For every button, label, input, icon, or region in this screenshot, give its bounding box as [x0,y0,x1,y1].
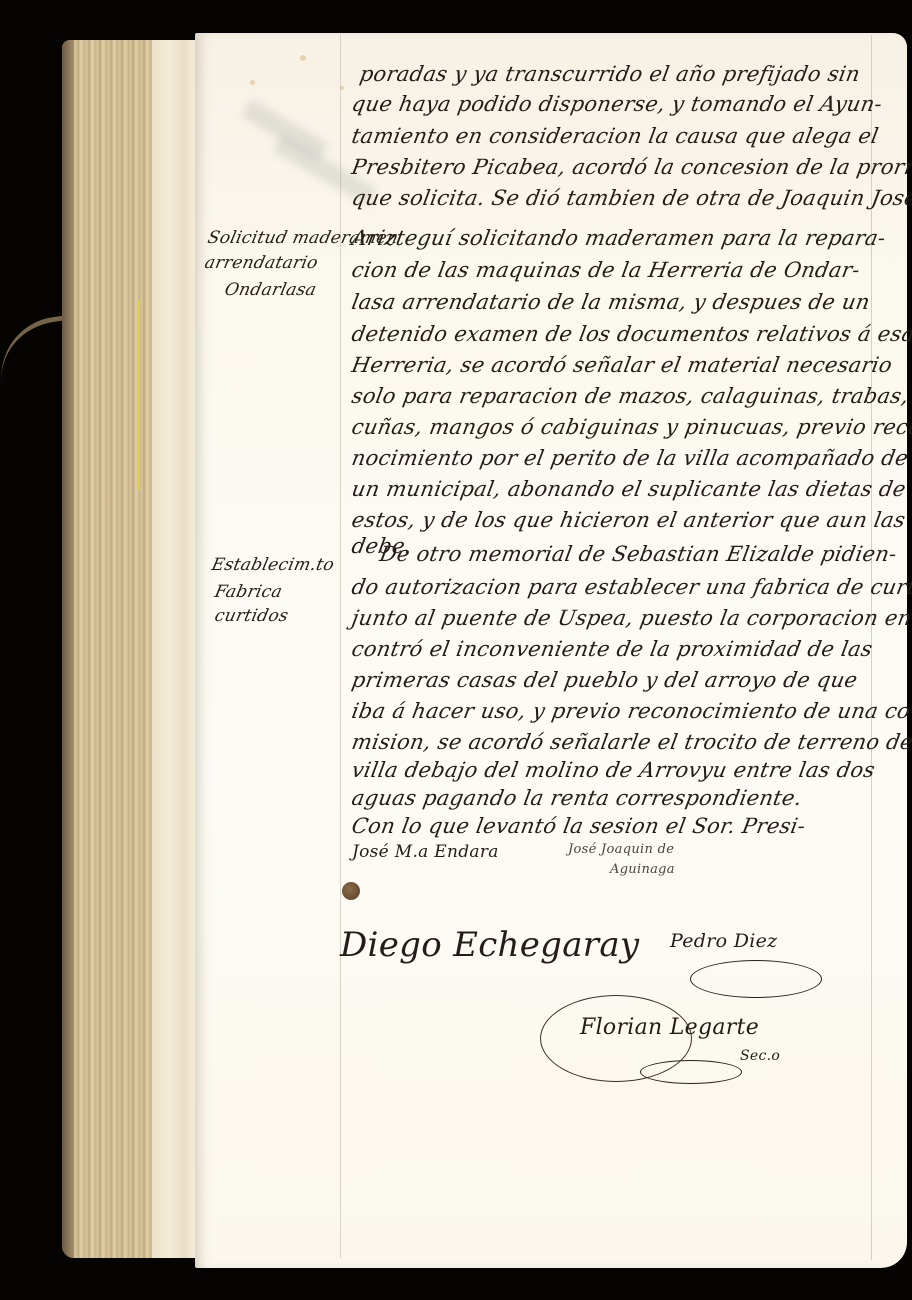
margin-rule-line [340,33,341,1258]
margin-note-2-line-3: curtidos [213,606,290,626]
body-line: mision, se acordó señalarle el trocito d… [350,730,912,754]
body-line: detenido examen de los documentos relati… [350,322,912,346]
body-line: Presbitero Picabea, acordó la concesion … [350,155,912,179]
body-line: Arizteguí solicitando maderamen para la … [350,226,888,250]
signature-secretary-title: Sec.o [740,1048,780,1064]
margin-note-2-line-1: Establecim.to [210,555,336,575]
body-line: un municipal, abonando el suplicante las… [350,477,908,501]
signature-endara: José M.a Endara [352,842,499,862]
body-line: Con lo que levantó la sesion el Sor. Pre… [350,814,808,838]
margin-note-1-line-2: arrendatario [203,253,320,273]
body-line: cuñas, mangos ó cabiguinas y pinucuas, p… [350,415,912,439]
signature-flourish [690,960,822,998]
body-line: villa debajo del molino de Arrovyu entre… [350,758,877,782]
ink-stain [342,882,360,900]
margin-note-1-line-3: Ondarlasa [223,280,318,300]
body-line: que solicita. Se dió tambien de otra de … [350,186,912,210]
foxing-spot [250,80,255,85]
yellow-page-edge [138,300,140,490]
signature-echegaray: Diego Echegaray [340,925,639,965]
body-line: solo para reparacion de mazos, calaguina… [350,384,911,408]
signature-aguinaga-line-1: José Joaquin de [568,842,674,857]
signature-flourish [640,1060,742,1084]
body-line: iba á hacer uso, y previo reconocimiento… [350,699,912,723]
body-line: contró el inconveniente de la proximidad… [350,637,874,661]
body-line: que haya podido disponerse, y tomando el… [350,92,884,116]
signature-diez: Pedro Diez [670,930,777,952]
body-line: estos, y de los que hicieron el anterior… [350,508,907,532]
scanned-book: Solicitud maderamen arrendatario Ondarla… [0,0,912,1300]
body-line: nocimiento por el perito de la villa aco… [350,446,910,470]
body-line: junto al puente de Uspea, puesto la corp… [350,606,912,630]
body-line: De otro memorial de Sebastian Elizalde p… [378,542,899,566]
body-line: Herreria, se acordó señalar el material … [350,353,894,377]
body-line: primeras casas del pueblo y del arroyo d… [350,668,860,692]
signature-aguinaga-line-2: Aguinaga [610,862,675,877]
foxing-spot [300,55,306,61]
body-line: aguas pagando la renta correspondiente. [350,786,804,810]
body-line: tamiento en consideracion la causa que a… [350,124,881,148]
body-line: cion de las maquinas de la Herreria de O… [350,258,862,282]
foxing-spot [340,86,344,90]
body-line: lasa arrendatario de la misma, y despues… [350,290,872,314]
page-edges-stack [62,40,197,1258]
body-line: poradas y ya transcurrido el año prefija… [358,62,862,86]
margin-note-2-line-2: Fabrica [213,582,284,602]
body-line: do autorizacion para establecer una fabr… [350,575,912,599]
